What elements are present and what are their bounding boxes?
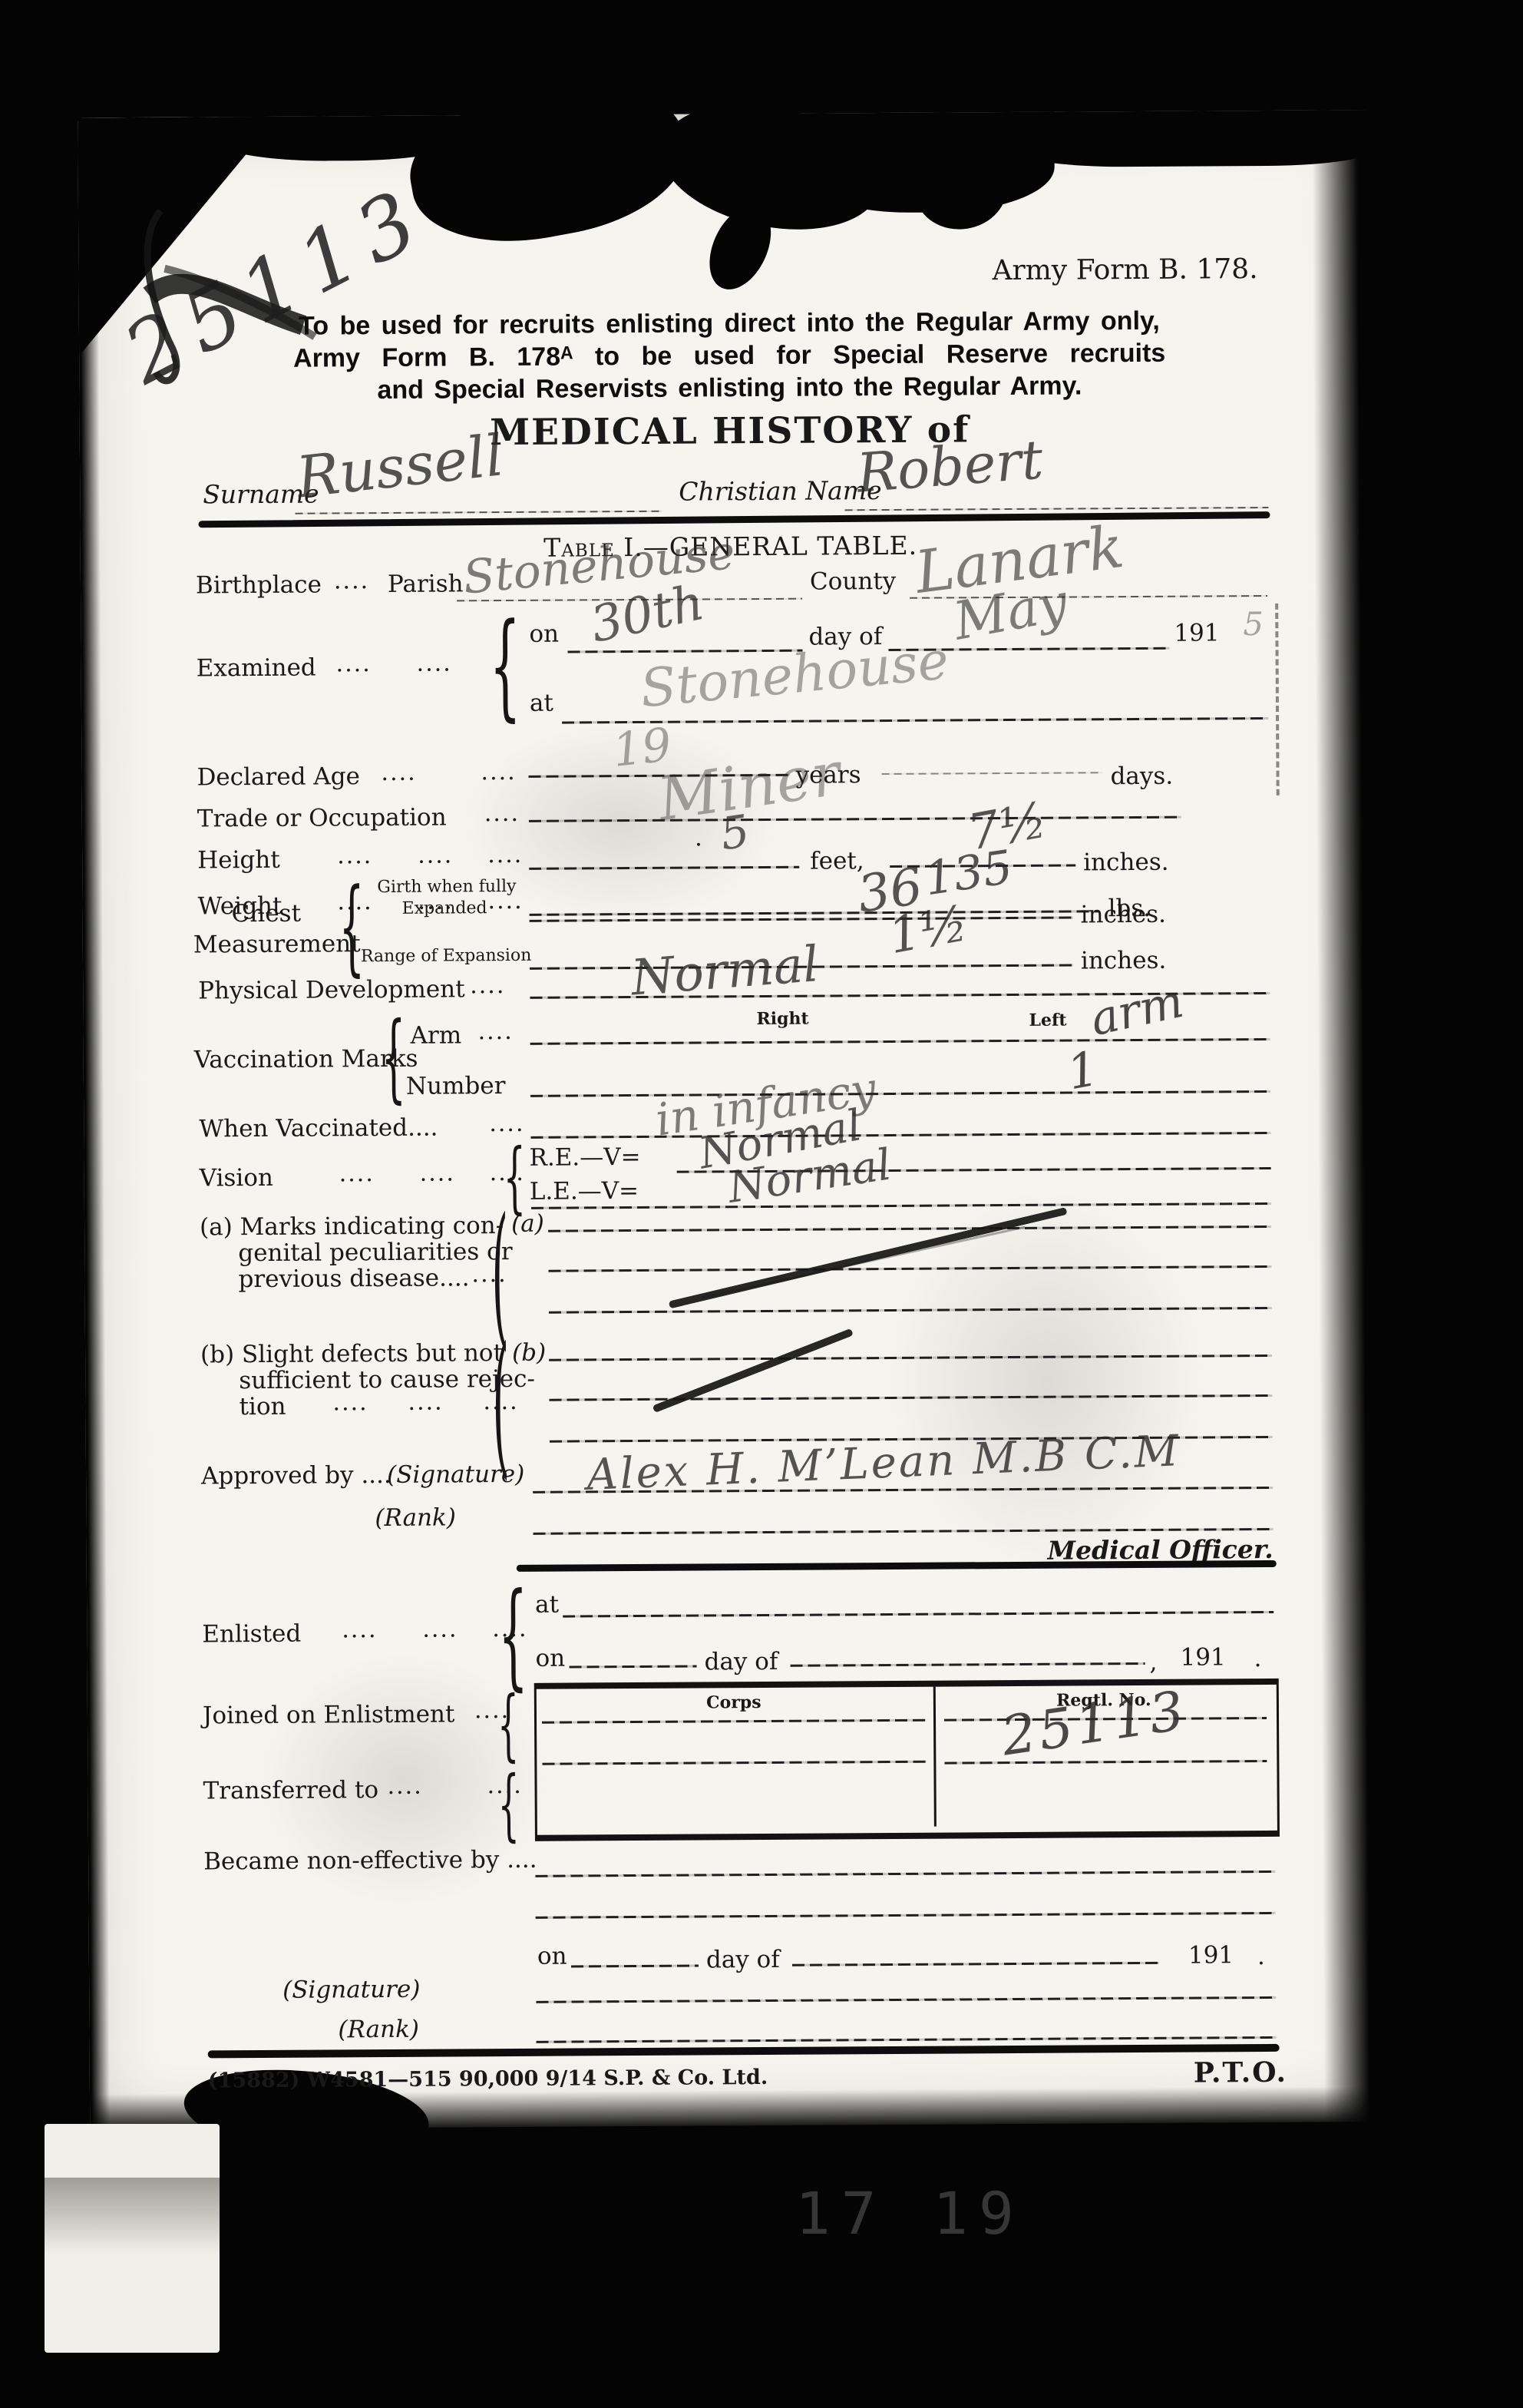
dot-leader: .... xyxy=(334,567,369,594)
christian-name-label: Christian Name xyxy=(679,475,882,507)
defects-b-label-line3: tion xyxy=(239,1393,286,1421)
dot-leader: .... xyxy=(487,842,523,868)
enlisted-period: . xyxy=(1254,1645,1261,1672)
approved-by-label: Approved by .... xyxy=(201,1461,391,1490)
bottom-year-prefix: 191 xyxy=(1188,1941,1234,1969)
chest-label-line2: Measurement xyxy=(193,930,361,958)
examined-year-value: 5 xyxy=(1243,605,1264,643)
enlisted-comma: , xyxy=(1149,1649,1157,1676)
bottom-period: . xyxy=(1257,1943,1265,1970)
vision-label: Vision xyxy=(200,1164,273,1192)
girth-label-line2: Expanded xyxy=(401,898,487,918)
parish-label: Parish xyxy=(388,570,464,598)
dot-leader: .... xyxy=(477,1018,513,1045)
bottom-on-label: on xyxy=(537,1943,567,1970)
bottom-signature-label: (Signature) xyxy=(282,1976,420,2004)
bottom-rank-label: (Rank) xyxy=(338,2016,419,2044)
days-label: days. xyxy=(1110,762,1173,790)
non-effective-label: Became non-effective by .... xyxy=(203,1846,537,1876)
right-column-header: Right xyxy=(756,1009,808,1029)
enlisted-label: Enlisted xyxy=(202,1620,301,1649)
film-tab xyxy=(45,2124,220,2353)
county-label: County xyxy=(810,567,897,596)
girth-label-line1: Girth when fully xyxy=(377,877,516,897)
dot-leader: .... xyxy=(381,759,416,786)
bottom-day-of-label: day of xyxy=(706,1946,780,1974)
defects-b-label-line1: (b) Slight defects but not xyxy=(200,1339,503,1368)
birthplace-label: Birthplace xyxy=(196,571,322,599)
physical-development-label: Physical Development xyxy=(198,975,465,1004)
film-tab-smudge xyxy=(45,2178,220,2254)
form-reference: Army Form B. 178. xyxy=(992,253,1257,286)
dot-leader: .... xyxy=(337,842,372,869)
dot-leader: .... xyxy=(408,1389,443,1416)
joined-on-enlistment-label: Joined on Enlistment xyxy=(203,1700,455,1729)
examined-year-prefix: 191 xyxy=(1174,619,1219,647)
page-content: 25113 Army Form B. 178. To be used for r… xyxy=(0,0,1523,2408)
printer-imprint: (15882) W4581—515 90,000 9/14 S.P. & Co.… xyxy=(208,2066,768,2092)
examined-label: Examined xyxy=(197,654,316,683)
left-eye-label: L.E.—V= xyxy=(530,1177,639,1206)
dot-leader: .... xyxy=(487,1772,522,1799)
defects-b-tag: (b) xyxy=(512,1339,546,1367)
dot-leader: .... xyxy=(420,1159,455,1186)
trade-label: Trade or Occupation xyxy=(197,804,447,833)
pto-label: P.T.O. xyxy=(1194,2056,1287,2089)
dot-leader: .... xyxy=(387,1773,422,1800)
corps-header: Corps xyxy=(542,1692,926,1714)
scanned-form: 25113 Army Form B. 178. To be used for r… xyxy=(0,0,1523,2408)
dot-leader: .... xyxy=(417,650,452,676)
transferred-to-label: Transferred to xyxy=(203,1776,378,1804)
dot-leader: .... xyxy=(339,1160,375,1187)
marks-a-label-line3: previous disease.... xyxy=(238,1264,469,1293)
dot-leader: .... xyxy=(336,650,372,677)
declared-age-label: Declared Age xyxy=(197,762,360,791)
vaccination-marks-label: Vaccination Marks xyxy=(194,1045,418,1074)
dot-leader: .... xyxy=(332,1389,368,1416)
enlisted-year-prefix: 191 xyxy=(1180,1643,1225,1671)
dot-leader: .... xyxy=(470,972,505,999)
number-label: Number xyxy=(406,1072,506,1100)
torn-edge-right xyxy=(1312,110,1383,2129)
height-middot: · xyxy=(695,831,702,858)
approved-signature-label: (Signature) xyxy=(387,1460,524,1489)
examined-brace: { xyxy=(489,610,521,726)
when-vaccinated-label: When Vaccinated.... xyxy=(199,1114,438,1143)
enlisted-on-label: on xyxy=(535,1645,565,1672)
height-inches-label: inches. xyxy=(1083,848,1169,877)
enlisted-day-of-label: day of xyxy=(704,1648,778,1676)
left-column-header: Left xyxy=(1029,1011,1066,1030)
marks-a-label-line1: (a) Marks indicating con- xyxy=(200,1212,504,1241)
examined-on-label: on xyxy=(529,620,559,648)
girth-inches-label: inches. xyxy=(1081,901,1167,929)
marks-a-tag: (a) xyxy=(511,1210,544,1238)
range-inches-label: inches. xyxy=(1081,947,1167,975)
range-label: Range of Expansion xyxy=(361,946,532,966)
dot-leader: .... xyxy=(484,800,520,827)
approved-rank-label: (Rank) xyxy=(375,1503,456,1532)
enlisted-at-label: at xyxy=(535,1591,559,1619)
dot-leader: .... xyxy=(418,842,453,868)
examined-at-label: at xyxy=(530,690,553,717)
dot-leader: .... xyxy=(474,1697,510,1724)
dot-leader: .... xyxy=(492,1616,527,1642)
ghost-frame-digits: 17 19 xyxy=(795,2179,1025,2248)
dot-leader: .... xyxy=(422,1616,458,1642)
dot-leader: .... xyxy=(481,759,516,786)
height-label: Height xyxy=(197,846,280,875)
chest-label-line1: Chest xyxy=(231,900,301,928)
dot-leader: .... xyxy=(342,1616,377,1643)
right-eye-label: R.E.—V= xyxy=(529,1143,640,1172)
